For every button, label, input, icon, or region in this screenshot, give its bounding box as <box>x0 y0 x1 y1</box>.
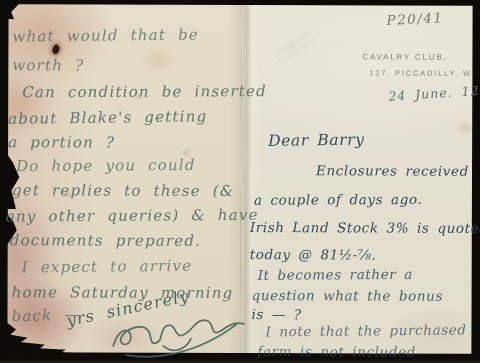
handwritten-line: any other queries) & have <box>6 206 259 226</box>
handwritten-line: a couple of days ago. <box>254 192 422 209</box>
handwritten-line: I expect to arrive <box>22 257 193 277</box>
handwritten-line: documents prepared. <box>10 231 201 250</box>
handwritten-line: is — ? <box>251 307 301 323</box>
paper-hole <box>51 44 60 55</box>
handwritten-line: worth ? <box>12 56 84 74</box>
letterhead-address: 127, PICCADILLY. W. <box>369 68 475 77</box>
handwritten-line: a portion ? <box>8 133 115 151</box>
handwritten-line: It becomes rather a <box>258 267 413 284</box>
handwritten-line: what would that be <box>12 26 199 46</box>
handwritten-line: Enclosures received <box>316 163 469 180</box>
letterhead-club-name: CAVALRY CLUB, <box>362 52 447 61</box>
archive-reference: P20/41 <box>386 10 444 29</box>
handwritten-line: Irish Land Stock 3% is quoted <box>250 220 480 237</box>
handwritten-line: about Blake's getting <box>8 107 207 128</box>
letter-sheet: P20/41 (illegible) (illegible) CAVALRY C… <box>7 4 472 354</box>
photo-background: { "archive_ref": "P20/41", "pencil_note"… <box>0 0 480 363</box>
handwritten-line: Do hope you could <box>16 156 196 175</box>
handwritten-line: I note that the purchased <box>265 322 466 340</box>
handwritten-line: question what the bonus <box>252 288 443 305</box>
handwritten-line: Can condition be inserted <box>22 82 267 101</box>
handwritten-line: today @ 81½-⅞. <box>250 247 377 263</box>
salutation: Dear Barry <box>268 131 365 150</box>
photo-edge-highlight <box>0 359 480 363</box>
handwritten-line: get replies to these (& <box>12 181 234 200</box>
